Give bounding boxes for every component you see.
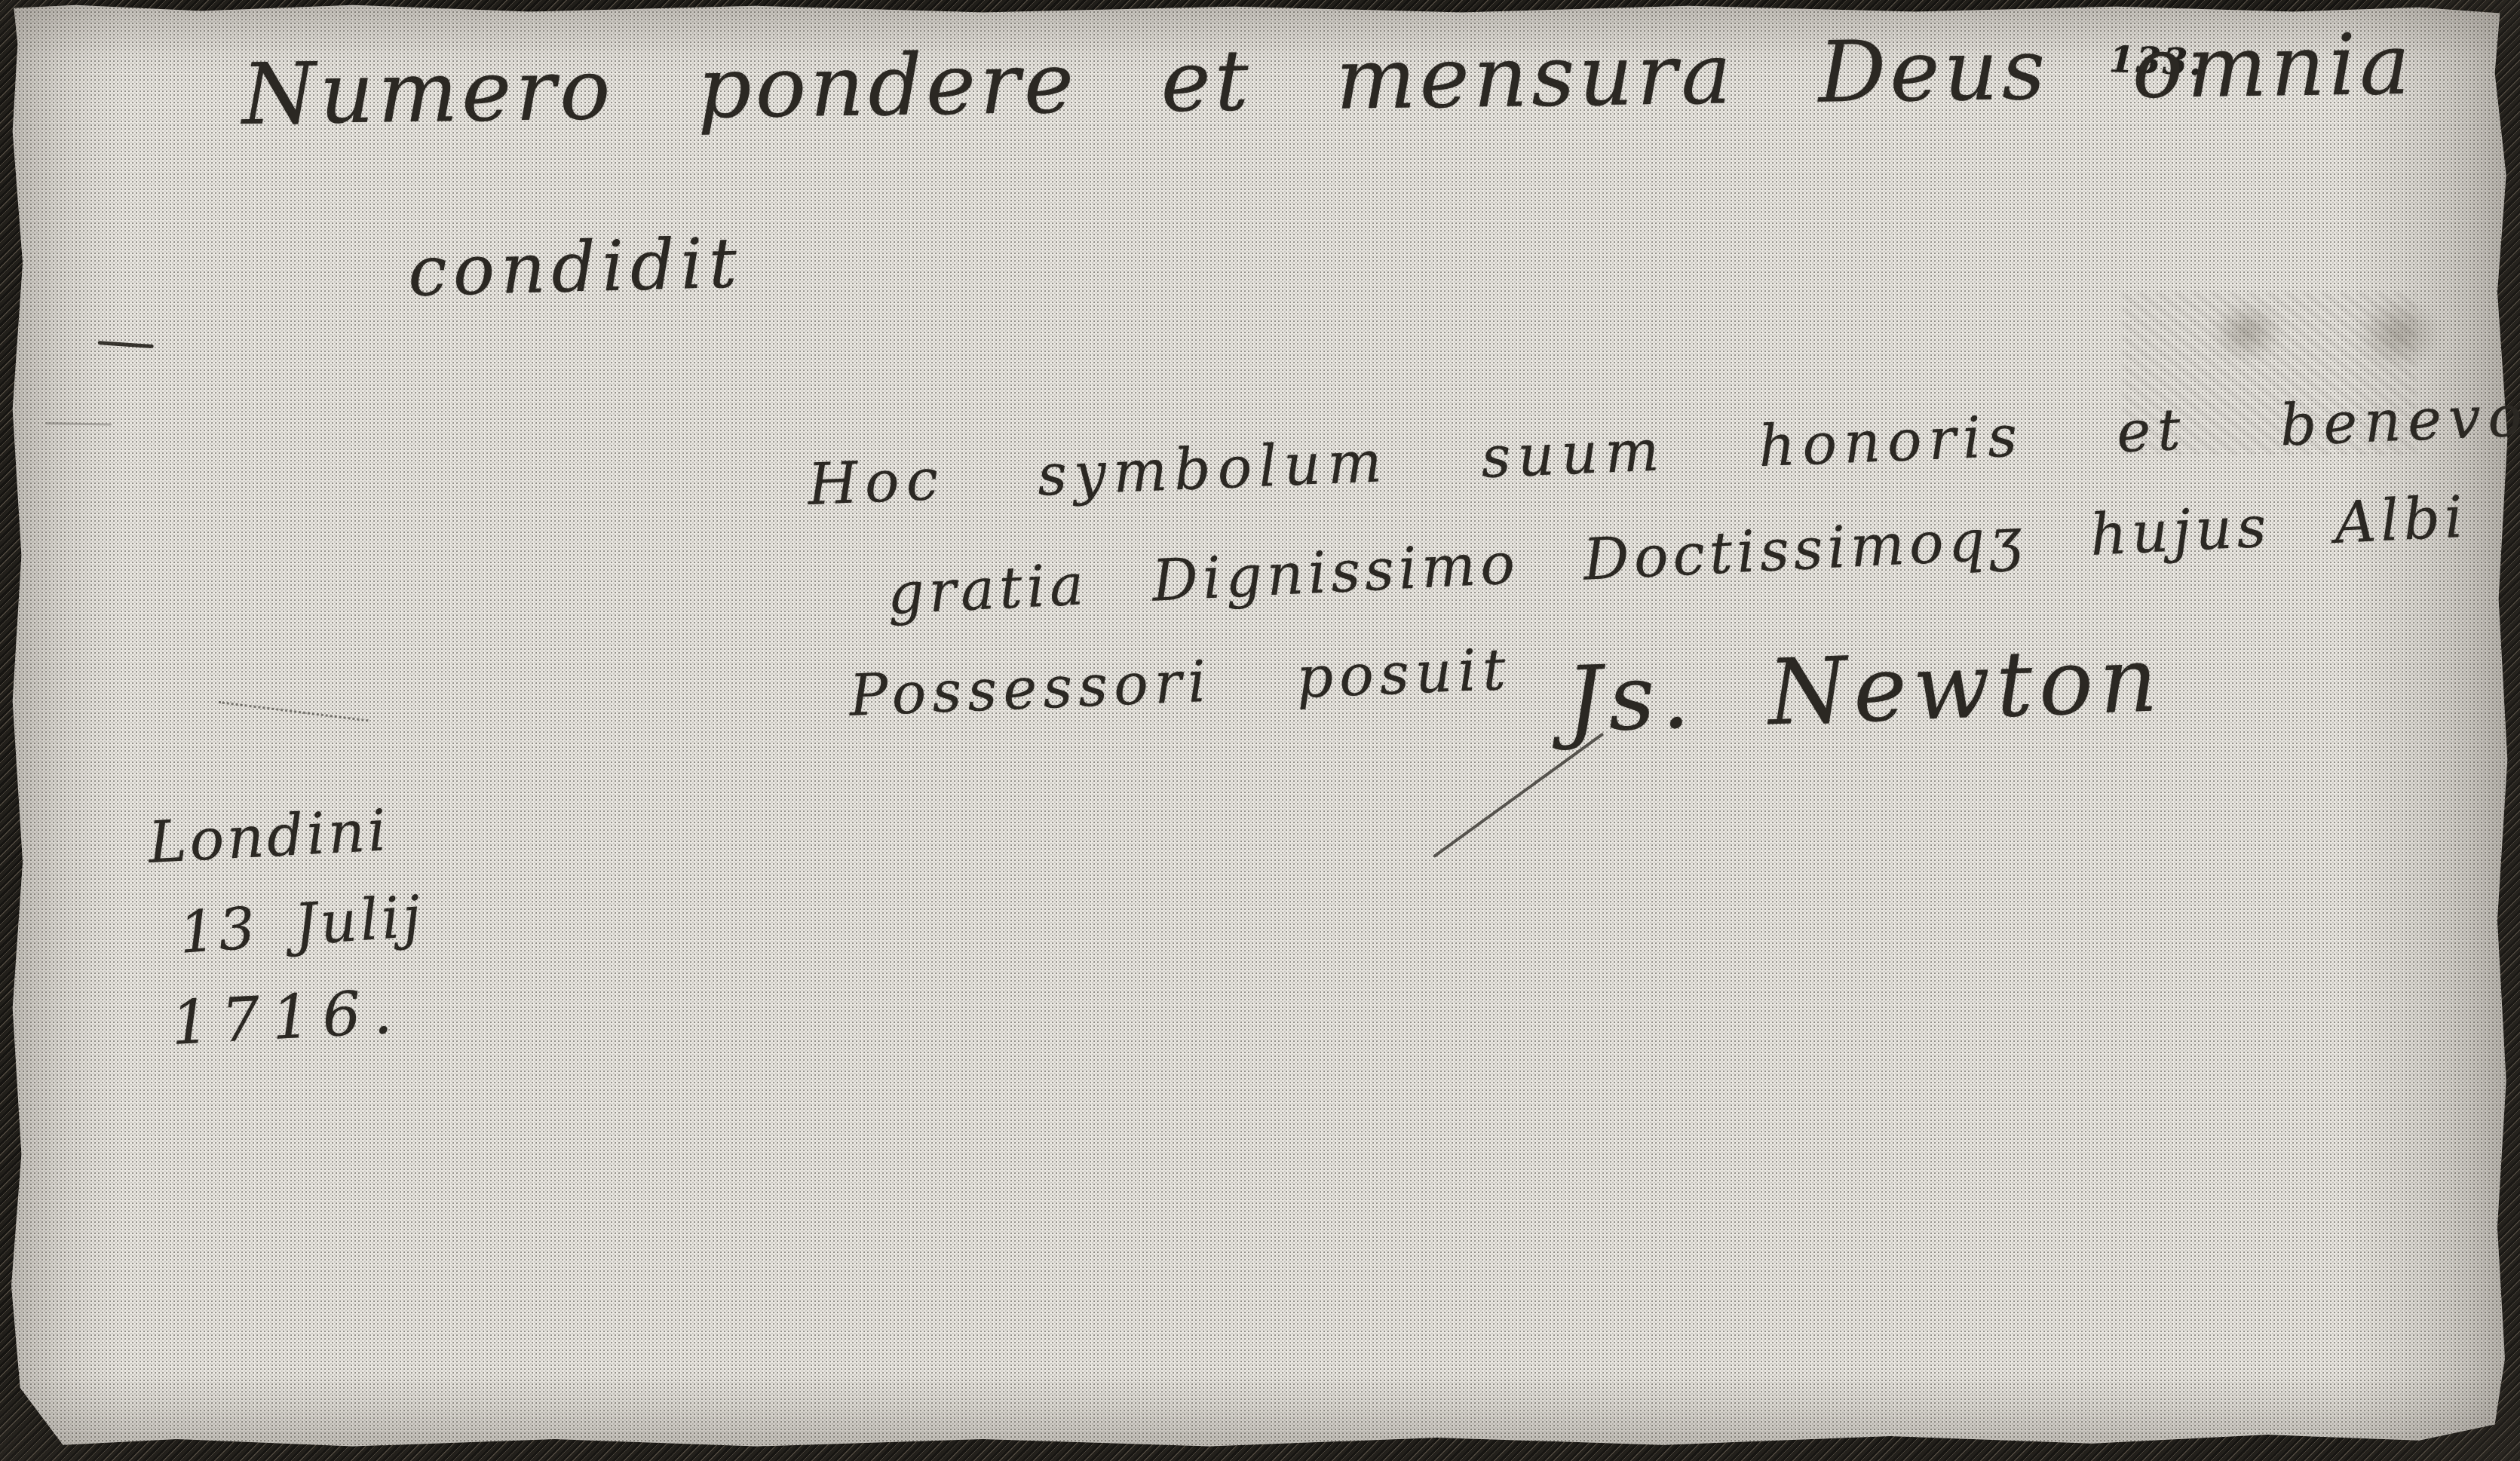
dateline-day: 13 Julij [177, 887, 425, 961]
motto-line-2: condidit [407, 228, 743, 307]
dateline-year: 1716. [170, 982, 406, 1054]
dateline-place: Londini [147, 801, 391, 871]
manuscript-photo: 133. Numero pondere et mensura Deus omni… [0, 0, 2520, 1461]
signature: Js. Newton [1565, 635, 2165, 746]
